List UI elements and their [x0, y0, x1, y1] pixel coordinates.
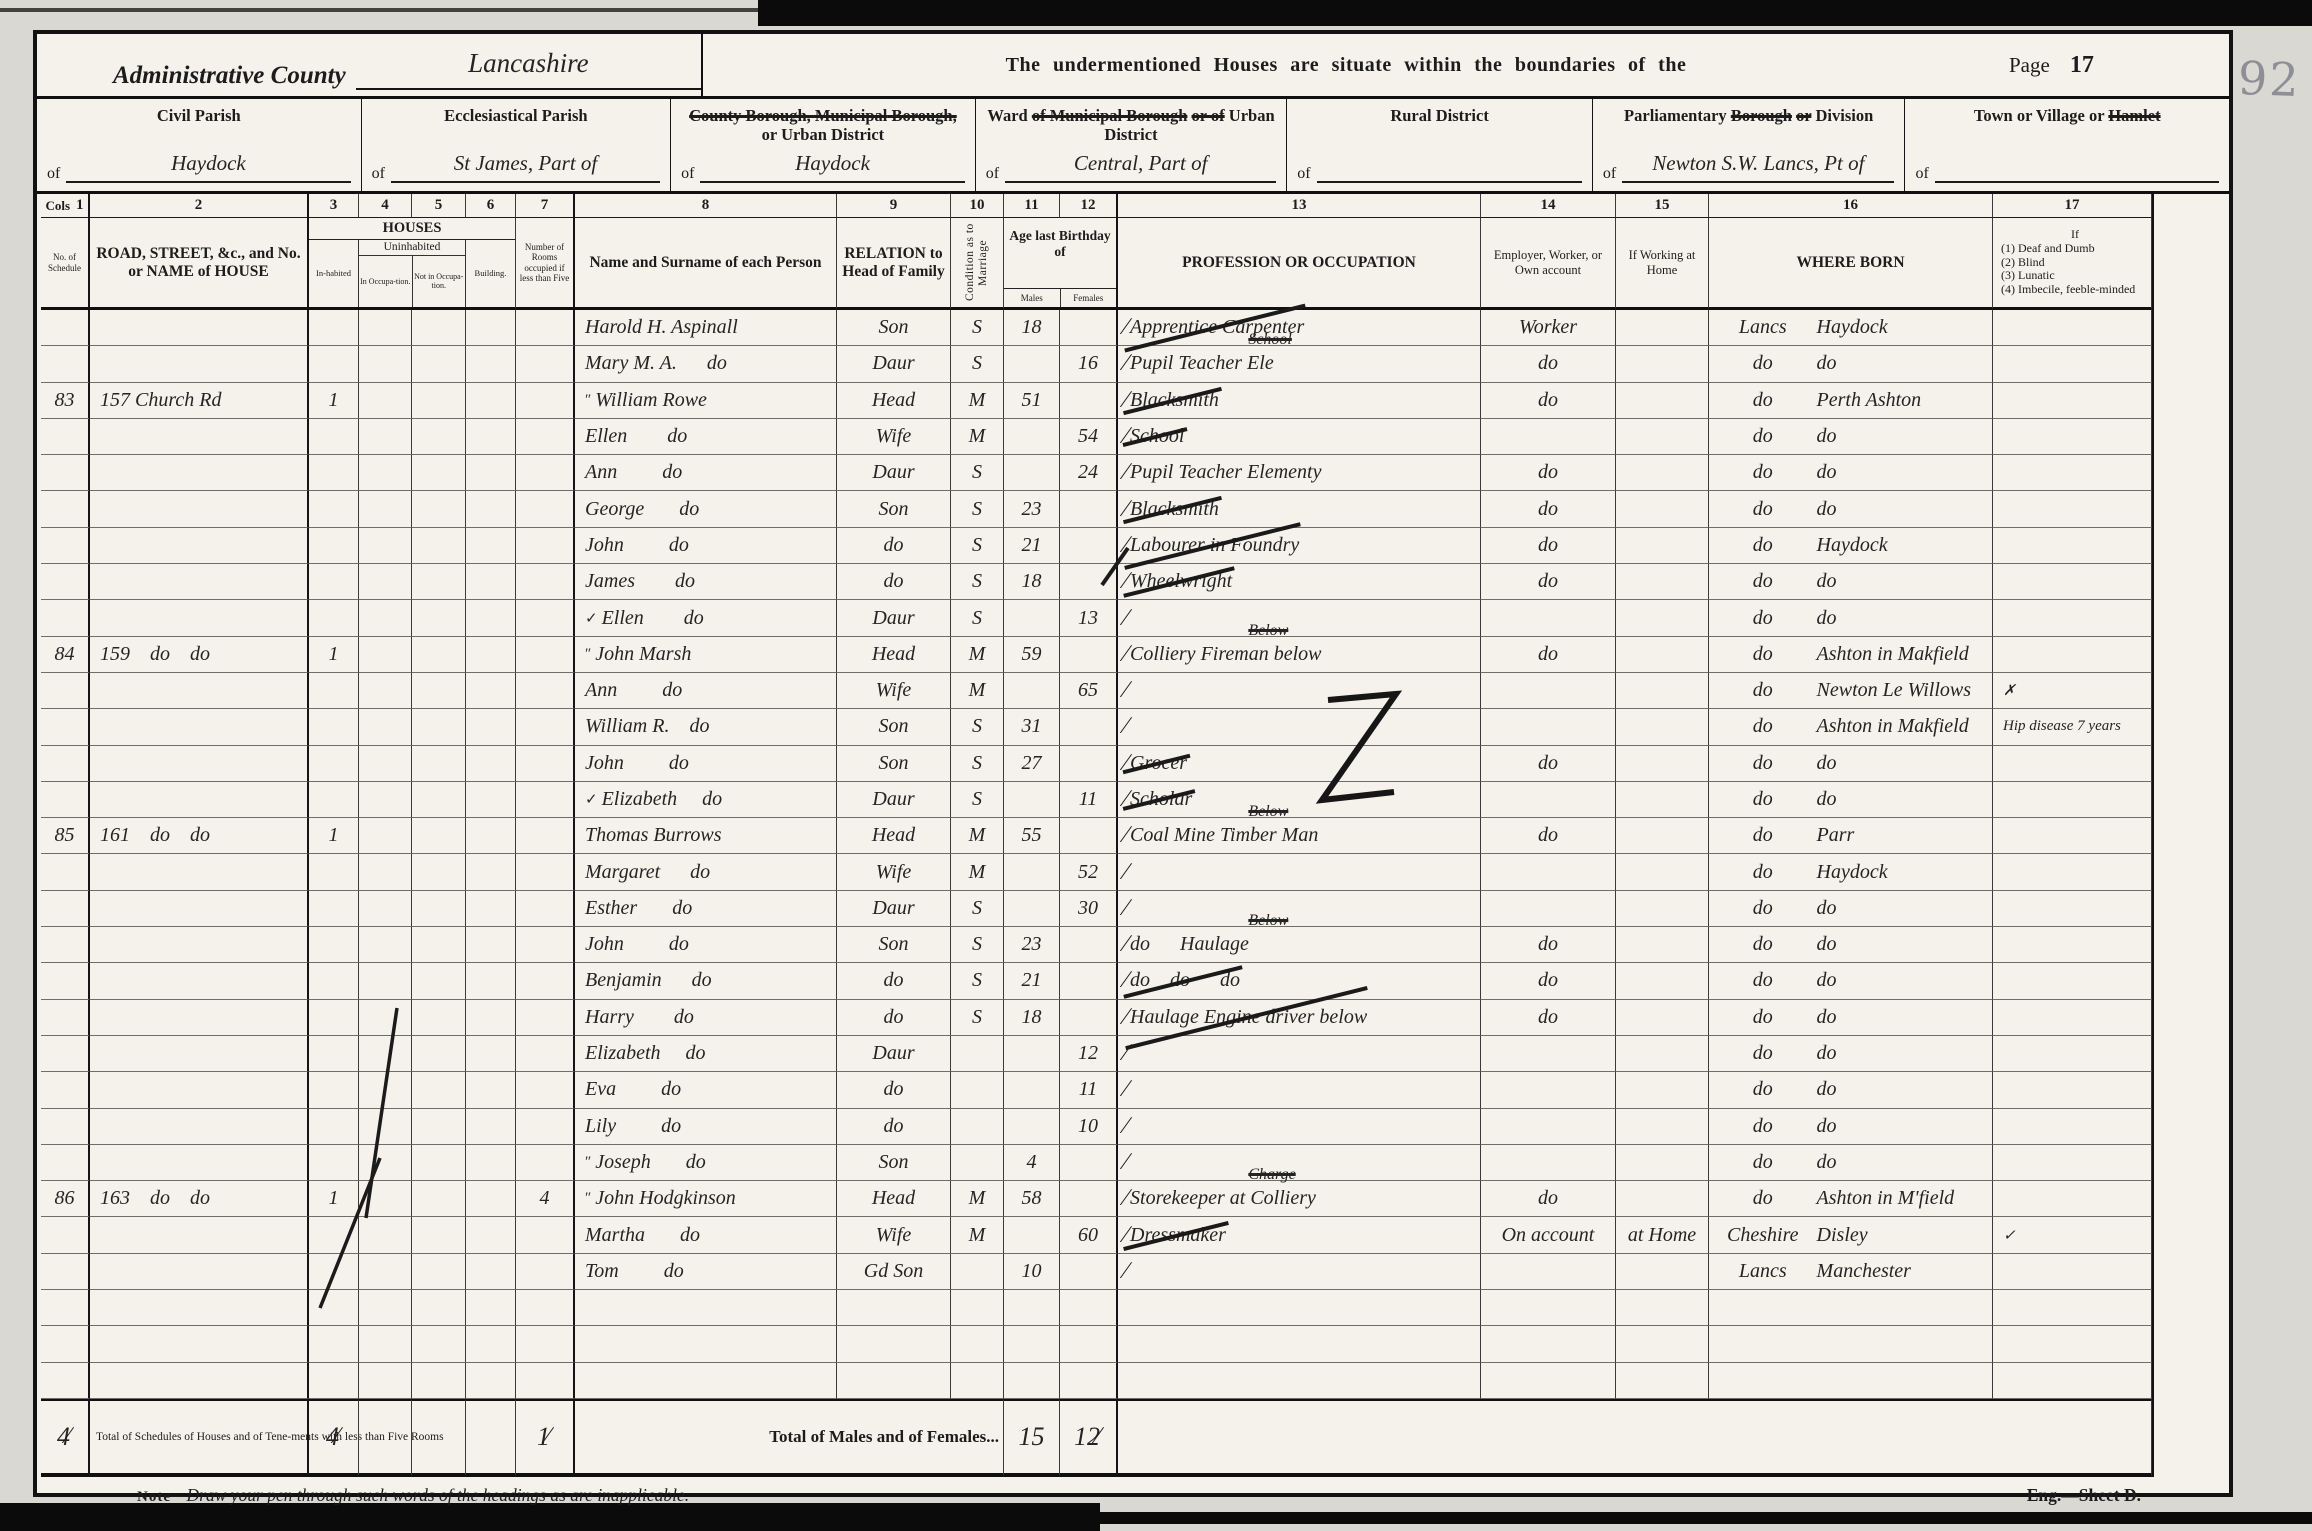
address-cell — [90, 1254, 309, 1290]
schedule-number-cell — [41, 891, 90, 927]
at-home-cell — [1616, 346, 1709, 382]
page-number-block: Page 17 — [1989, 34, 2229, 96]
district-value: Central, Part of — [1074, 151, 1208, 175]
born-place: Ashton in Makfield — [1817, 715, 1992, 738]
col-number-10: 10 — [951, 194, 1004, 218]
infirmity-cell — [1993, 1000, 2152, 1036]
infirmity-cell — [1993, 1363, 2152, 1399]
born-county: do — [1709, 607, 1817, 630]
relation-cell: Wife — [837, 673, 951, 709]
address-cell — [90, 1217, 309, 1253]
uninhabited-notocc-cell — [412, 1072, 466, 1108]
female-age-cell: 54 — [1060, 419, 1118, 455]
condition-cell — [951, 1326, 1004, 1362]
uninhabited-occ-cell — [359, 963, 412, 999]
col-number-13: 13 — [1118, 194, 1481, 218]
district-underline: St James, Part of — [391, 151, 660, 183]
born-county: do — [1709, 1042, 1817, 1065]
born-place: Manchester — [1817, 1260, 1992, 1283]
male-age-cell — [1004, 1217, 1060, 1253]
occupation-cell: ∕Storekeeper at CollieryCharge — [1118, 1181, 1481, 1217]
infirmity-line: (3) Lunatic — [2001, 269, 2055, 283]
schedule-number-cell — [41, 782, 90, 818]
rooms-cell — [516, 1000, 575, 1036]
born-county: do — [1709, 1115, 1817, 1138]
address-cell: 161 do do — [90, 818, 309, 854]
where-born-cell: dodo — [1709, 455, 1993, 491]
occupation-check-slash: ∕ — [1124, 713, 1128, 740]
district-section-5: Rural Districtof — [1287, 99, 1593, 191]
employer-cell: do — [1481, 927, 1616, 963]
born-place: do — [1817, 788, 1992, 811]
occupation-cell: ∕Grocer — [1118, 746, 1481, 782]
where-born-cell: doAshton in M'field — [1709, 1181, 1993, 1217]
relation-cell: Daur — [837, 891, 951, 927]
person-name: Eva do — [585, 1078, 681, 1101]
inhabited-cell — [309, 927, 359, 963]
infirmity-cell — [1993, 963, 2152, 999]
female-age-cell: 65 — [1060, 673, 1118, 709]
relation-cell — [837, 1326, 951, 1362]
employer-cell — [1481, 600, 1616, 636]
schedule-number-cell — [41, 564, 90, 600]
empty-total-cell — [466, 1399, 516, 1477]
address-cell — [90, 1109, 309, 1145]
infirmity-cell — [1993, 854, 2152, 890]
total-males-females-label-cell: Total of Males and of Females... — [575, 1399, 1004, 1477]
total-males-value: 15 — [1004, 1399, 1060, 1477]
col-number-14: 14 — [1481, 194, 1616, 218]
inhabited-cell — [309, 491, 359, 527]
occupation-text: Pupil Teacher Ele — [1130, 352, 1274, 375]
heading-word: or Urban District — [762, 125, 885, 144]
name-cell: Eva do — [575, 1072, 837, 1108]
occupation-check-slash: ∕ — [1124, 1185, 1128, 1212]
occupation-text: School — [1130, 425, 1184, 448]
born-place: do — [1817, 461, 1992, 484]
where-born-cell: dodo — [1709, 600, 1993, 636]
inhabited-cell — [309, 709, 359, 745]
relation-cell: do — [837, 963, 951, 999]
person-name: Thomas Burrows — [585, 824, 722, 847]
uninhabited-notocc-cell — [412, 1326, 466, 1362]
occupation-check-slash: ∕ — [1124, 641, 1128, 668]
name-cell: Ann do — [575, 455, 837, 491]
col-number-16: 16 — [1709, 194, 1993, 218]
where-born-cell: dodo — [1709, 1145, 1993, 1181]
district-of-line: ofHaydock — [47, 151, 351, 183]
district-section-4: Ward of Municipal Borough or of Urban Di… — [976, 99, 1288, 191]
rooms-cell — [516, 891, 575, 927]
administrative-county-underline: Lancashire — [356, 48, 701, 90]
occupation-check-slash: ∕ — [1124, 314, 1128, 341]
employer-cell — [1481, 782, 1616, 818]
footer-note: Note—Draw your pen through such words of… — [137, 1485, 689, 1506]
female-age-cell: 10 — [1060, 1109, 1118, 1145]
male-age-cell — [1004, 854, 1060, 890]
male-age-cell: 23 — [1004, 491, 1060, 527]
uninhabited-notocc-cell — [412, 455, 466, 491]
header-age-group: Age last Birthday ofMalesFemales — [1004, 218, 1118, 310]
schedule-number-cell: 84 — [41, 637, 90, 673]
occupation-interlinear-note: Charge — [1248, 1166, 1295, 1184]
struck-heading-word: Hamlet — [2108, 106, 2160, 125]
born-place: do — [1817, 1042, 1992, 1065]
female-age-cell — [1060, 818, 1118, 854]
born-place: do — [1817, 570, 1992, 593]
name-cell — [575, 1363, 837, 1399]
born-county: do — [1709, 461, 1817, 484]
header-name-surname: Name and Surname of each Person — [575, 218, 837, 310]
col-number-value: 5 — [435, 197, 443, 214]
building-cell — [466, 346, 516, 382]
occupation-cell: ∕Pupil Teacher EleSchool — [1118, 346, 1481, 382]
address-cell — [90, 1036, 309, 1072]
condition-cell — [951, 1036, 1004, 1072]
relation-cell: Daur — [837, 455, 951, 491]
name-cell: Benjamin do — [575, 963, 837, 999]
uninhabited-notocc-cell — [412, 963, 466, 999]
footer-note-text: —Draw your pen through such words of the… — [171, 1485, 689, 1505]
address-cell — [90, 1363, 309, 1399]
col-number-value: 9 — [890, 197, 898, 214]
schedule-number-cell — [41, 709, 90, 745]
born-place: Ashton in M'field — [1817, 1187, 1992, 1210]
schedule-number-cell — [41, 927, 90, 963]
born-county: do — [1709, 1187, 1817, 1210]
empty-total-cell — [1118, 1399, 2152, 1477]
where-born-cell: dodo — [1709, 927, 1993, 963]
district-of-line: of — [1297, 151, 1582, 183]
person-name: James do — [585, 570, 695, 593]
infirmity-cell — [1993, 1290, 2152, 1326]
born-county: do — [1709, 824, 1817, 847]
address-cell — [90, 1290, 309, 1326]
born-place: Haydock — [1817, 534, 1992, 557]
employer-cell — [1481, 419, 1616, 455]
employer-cell — [1481, 1326, 1616, 1362]
male-age-cell: 18 — [1004, 310, 1060, 346]
born-place: do — [1817, 933, 1992, 956]
sheet-designation: Eng.—Sheet D. — [2027, 1485, 2141, 1506]
uninhabited-occ-cell — [359, 1036, 412, 1072]
where-born-cell: dodo — [1709, 1072, 1993, 1108]
uninhabited-notocc-cell — [412, 1181, 466, 1217]
name-cell: ✓Ellen do — [575, 600, 837, 636]
name-cell: John do — [575, 528, 837, 564]
born-county: do — [1709, 969, 1817, 992]
total-schedules-label-cell: Total of Schedules of Houses and of Tene… — [90, 1399, 309, 1477]
inhabited-cell: 1 — [309, 383, 359, 419]
uninhabited-notocc-cell — [412, 746, 466, 782]
born-county: do — [1709, 352, 1817, 375]
occupation-cell: ∕Colliery Fireman belowBelow — [1118, 637, 1481, 673]
condition-cell: M — [951, 818, 1004, 854]
relation-cell: do — [837, 1000, 951, 1036]
occupation-text: Colliery Fireman below — [1130, 643, 1321, 666]
rooms-cell — [516, 310, 575, 346]
occupation-cell: ∕Pupil Teacher Elementy — [1118, 455, 1481, 491]
relation-cell: Son — [837, 310, 951, 346]
col-number-3: 3 — [309, 194, 359, 218]
struck-heading-word: or of — [1192, 106, 1225, 125]
rooms-cell — [516, 1145, 575, 1181]
name-cell: George do — [575, 491, 837, 527]
inhabited-cell — [309, 854, 359, 890]
schedule-number-cell — [41, 673, 90, 709]
header-rooms: Number of Rooms occupied if less than Fi… — [516, 218, 575, 310]
uninhabited-occ-cell — [359, 673, 412, 709]
occupation-check-slash: ∕ — [1124, 895, 1128, 922]
infirmity-cell: Hip disease 7 years — [1993, 709, 2152, 745]
born-county: do — [1709, 389, 1817, 412]
infirmity-cell — [1993, 346, 2152, 382]
uninhabited-notocc-cell — [412, 383, 466, 419]
occupation-check-slash: ∕ — [1124, 1222, 1128, 1249]
at-home-cell — [1616, 963, 1709, 999]
occupation-check-slash: ∕ — [1124, 822, 1128, 849]
inhabited-cell — [309, 1036, 359, 1072]
inhabited-cell — [309, 891, 359, 927]
born-place: Haydock — [1817, 316, 1992, 339]
female-age-cell — [1060, 383, 1118, 419]
col-number-value: 16 — [1843, 197, 1858, 214]
schedule-number-cell — [41, 1217, 90, 1253]
at-home-cell — [1616, 1000, 1709, 1036]
building-cell — [466, 818, 516, 854]
district-of-line: ofNewton S.W. Lancs, Pt of — [1603, 151, 1895, 183]
born-county: Lancs — [1709, 1260, 1817, 1283]
female-age-cell — [1060, 1000, 1118, 1036]
occupation-check-slash: ∕ — [1124, 568, 1128, 595]
rooms-cell — [516, 528, 575, 564]
administrative-county-label: Administrative County — [113, 62, 346, 90]
uninhabited-notocc-cell — [412, 346, 466, 382]
administrative-county-block: Administrative County Lancashire — [37, 34, 703, 96]
name-cell: Harry do — [575, 1000, 837, 1036]
district-underline: Newton S.W. Lancs, Pt of — [1622, 151, 1894, 183]
where-born-cell: dodo — [1709, 491, 1993, 527]
infirmity-line: (4) Imbecile, feeble-minded — [2001, 283, 2135, 297]
employer-cell: do — [1481, 746, 1616, 782]
male-age-cell — [1004, 782, 1060, 818]
born-county: Cheshire — [1709, 1224, 1817, 1247]
born-place: do — [1817, 1078, 1992, 1101]
person-name: Tom do — [585, 1260, 684, 1283]
employer-cell: do — [1481, 564, 1616, 600]
houses-subheaders: In-habitedUninhabitedIn Occupa-tion.Not … — [309, 240, 515, 307]
at-home-cell — [1616, 1109, 1709, 1145]
uninhabited-notocc-cell — [412, 818, 466, 854]
building-cell — [466, 600, 516, 636]
born-county: do — [1709, 715, 1817, 738]
at-home-cell — [1616, 1254, 1709, 1290]
person-name: Elizabeth do — [602, 788, 723, 811]
female-age-cell: 60 — [1060, 1217, 1118, 1253]
relation-cell: Wife — [837, 854, 951, 890]
uninhabited-occ-cell — [359, 1109, 412, 1145]
address-cell: 157 Church Rd — [90, 383, 309, 419]
at-home-cell — [1616, 455, 1709, 491]
total-males-number: 15 — [1019, 1422, 1045, 1452]
male-age-cell: 4 — [1004, 1145, 1060, 1181]
inhabited-cell — [309, 1109, 359, 1145]
col-number-value: 2 — [195, 197, 203, 214]
female-age-cell — [1060, 963, 1118, 999]
at-home-cell — [1616, 419, 1709, 455]
heading-word: Rural District — [1390, 106, 1489, 125]
building-cell — [466, 963, 516, 999]
address-cell — [90, 709, 309, 745]
female-age-cell — [1060, 1254, 1118, 1290]
employer-cell — [1481, 709, 1616, 745]
at-home-cell — [1616, 383, 1709, 419]
infirmity-line: (1) Deaf and Dumb — [2001, 242, 2095, 256]
relation-cell: Gd Son — [837, 1254, 951, 1290]
address-cell — [90, 419, 309, 455]
of-label: of — [1603, 165, 1616, 183]
occupation-cell: ∕Scholar — [1118, 782, 1481, 818]
occupation-cell: ∕Dressmaker — [1118, 1217, 1481, 1253]
uninhabited-notocc-cell — [412, 419, 466, 455]
col-number-value: 4 — [381, 197, 389, 214]
male-age-cell — [1004, 1326, 1060, 1362]
struck-heading-word: or — [1796, 106, 1811, 125]
name-cell: ″Joseph do — [575, 1145, 837, 1181]
female-age-cell — [1060, 746, 1118, 782]
employer-cell — [1481, 854, 1616, 890]
infirmity-cell — [1993, 818, 2152, 854]
heading-word: Ward — [987, 106, 1031, 125]
condition-cell: M — [951, 383, 1004, 419]
male-age-cell — [1004, 1109, 1060, 1145]
condition-cell: M — [951, 1181, 1004, 1217]
uninhabited-occ-cell — [359, 818, 412, 854]
address-cell — [90, 346, 309, 382]
uninhabited-occ-cell — [359, 383, 412, 419]
address-cell — [90, 528, 309, 564]
employer-cell — [1481, 1145, 1616, 1181]
female-age-cell — [1060, 1181, 1118, 1217]
total-check: ∕ — [66, 1423, 70, 1450]
condition-cell: S — [951, 927, 1004, 963]
employer-cell: Worker — [1481, 310, 1616, 346]
inhabited-cell — [309, 1217, 359, 1253]
born-county: do — [1709, 752, 1817, 775]
uninhabited-occ-cell — [359, 310, 412, 346]
born-county: do — [1709, 861, 1817, 884]
at-home-cell — [1616, 1326, 1709, 1362]
at-home-cell — [1616, 310, 1709, 346]
rooms-cell — [516, 782, 575, 818]
col-number-1: Cols1 — [41, 194, 90, 218]
footer-note-word: Note — [137, 1489, 171, 1505]
female-age-cell: 52 — [1060, 854, 1118, 890]
condition-cell — [951, 1363, 1004, 1399]
rooms-cell — [516, 1036, 575, 1072]
inhabited-cell — [309, 1290, 359, 1326]
schedule-number-cell — [41, 854, 90, 890]
where-born-cell: CheshireDisley — [1709, 1217, 1993, 1253]
condition-cell — [951, 1072, 1004, 1108]
building-cell — [466, 782, 516, 818]
person-name: Ellen do — [602, 607, 704, 630]
occupation-cell: ∕ — [1118, 1254, 1481, 1290]
occupation-text: do do do — [1130, 969, 1240, 992]
occupation-interlinear-note: Below — [1248, 912, 1288, 930]
where-born-cell: LancsHaydock — [1709, 310, 1993, 346]
total-males-females-label: Total of Males and of Females... — [769, 1427, 999, 1447]
born-place: Newton Le Willows — [1817, 679, 1992, 702]
uninhabited-occ-cell — [359, 1290, 412, 1326]
person-name: Margaret do — [585, 861, 710, 884]
born-county: do — [1709, 897, 1817, 920]
address-cell — [90, 782, 309, 818]
col-number-7: 7 — [516, 194, 575, 218]
building-cell — [466, 383, 516, 419]
rooms-cell: 4 — [516, 1181, 575, 1217]
district-section-1: Civil ParishofHaydock — [37, 99, 362, 191]
uninhabited-occ-cell — [359, 528, 412, 564]
uninhabited-notocc-cell — [412, 1254, 466, 1290]
col-number-9: 9 — [837, 194, 951, 218]
where-born-cell: dodo — [1709, 782, 1993, 818]
uninhabited-notocc-cell — [412, 637, 466, 673]
name-cell: ″John Hodgkinson — [575, 1181, 837, 1217]
col-number-value: 8 — [702, 197, 710, 214]
col-number-value: 6 — [487, 197, 495, 214]
person-name: John Hodgkinson — [595, 1187, 736, 1210]
rooms-cell — [516, 1326, 575, 1362]
district-title: Town or Village or Hamlet — [1915, 106, 2219, 125]
address-cell: 163 do do — [90, 1181, 309, 1217]
condition-cell: M — [951, 637, 1004, 673]
household-start-mark: ″ — [585, 1154, 591, 1171]
born-county: do — [1709, 570, 1817, 593]
female-age-cell — [1060, 1290, 1118, 1326]
address-cell — [90, 564, 309, 600]
condition-cell: M — [951, 854, 1004, 890]
where-born-cell: dodo — [1709, 746, 1993, 782]
infirmity-cell — [1993, 782, 2152, 818]
name-cell: John do — [575, 927, 837, 963]
female-age-cell — [1060, 1363, 1118, 1399]
col-number-12: 12 — [1060, 194, 1118, 218]
building-cell — [466, 1326, 516, 1362]
infirmity-cell — [1993, 1326, 2152, 1362]
person-name: George do — [585, 498, 699, 521]
employer-cell: do — [1481, 383, 1616, 419]
at-home-cell — [1616, 564, 1709, 600]
district-of-line: ofHaydock — [681, 151, 965, 183]
relation-cell — [837, 1290, 951, 1326]
relation-cell: do — [837, 528, 951, 564]
relation-cell: Daur — [837, 600, 951, 636]
relation-cell: Head — [837, 818, 951, 854]
at-home-cell — [1616, 854, 1709, 890]
born-county: Lancs — [1709, 316, 1817, 339]
uninhabited-notocc-cell — [412, 600, 466, 636]
schedule-number-cell — [41, 1145, 90, 1181]
inhabited-cell — [309, 1326, 359, 1362]
district-title: Rural District — [1297, 106, 1582, 125]
building-cell — [466, 1145, 516, 1181]
occupation-cell: ∕Apprentice Carpenter — [1118, 310, 1481, 346]
rooms-cell — [516, 455, 575, 491]
occupation-text: Pupil Teacher Elementy — [1130, 461, 1321, 484]
uninhabited-notocc-cell — [412, 673, 466, 709]
occupation-check-slash: ∕ — [1124, 1149, 1128, 1176]
